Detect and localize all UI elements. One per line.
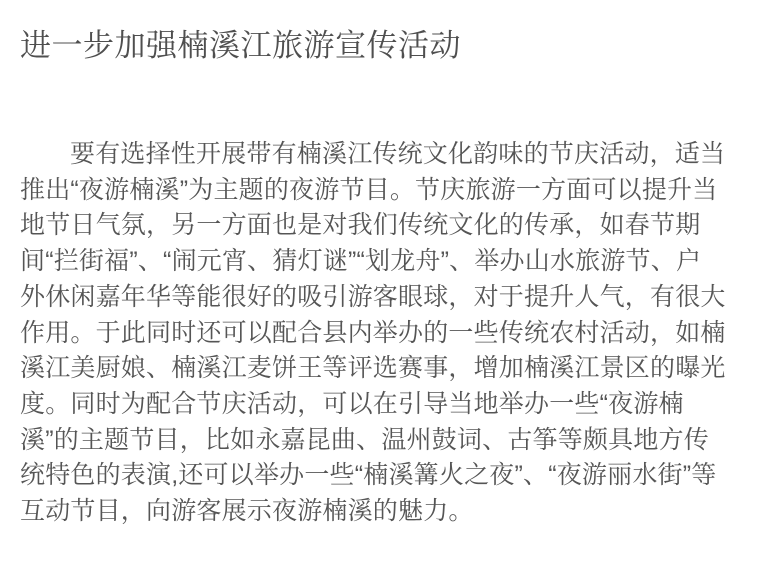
paragraph-line: 互动节目，向游客展示夜游楠溪的魅力。 (20, 494, 748, 530)
paragraph-line: 间“拦街福”、“闹元宵、猜灯谜”“划龙舟”、举办山水旅游节、户 (20, 244, 748, 280)
paragraph-line: 要有选择性开展带有楠溪江传统文化韵味的节庆活动，适当 (20, 137, 748, 173)
document-title: 进一步加强楠溪江旅游宣传活动 (20, 26, 748, 66)
paragraph-line: 推出“夜游楠溪”为主题的夜游节目。节庆旅游一方面可以提升当 (20, 173, 748, 209)
body-paragraph: 要有选择性开展带有楠溪江传统文化韵味的节庆活动，适当 推出“夜游楠溪”为主题的夜… (20, 137, 748, 530)
document-page: 进一步加强楠溪江旅游宣传活动 要有选择性开展带有楠溪江传统文化韵味的节庆活动，适… (0, 0, 768, 561)
paragraph-line: 溪”的主题节目，比如永嘉昆曲、温州鼓词、古筝等颇具地方传 (20, 423, 748, 459)
paragraph-line: 溪江美厨娘、楠溪江麦饼王等评选赛事，增加楠溪江景区的曝光 (20, 351, 748, 387)
paragraph-line: 作用。于此同时还可以配合县内举办的一些传统农村活动，如楠 (20, 316, 748, 352)
paragraph-line: 度。同时为配合节庆活动，可以在引导当地举办一些“夜游楠 (20, 387, 748, 423)
paragraph-line: 外休闲嘉年华等能很好的吸引游客眼球，对于提升人气，有很大 (20, 280, 748, 316)
paragraph-line: 地节日气氛，另一方面也是对我们传统文化的传承，如春节期 (20, 208, 748, 244)
paragraph-line: 统特色的表演,还可以举办一些“楠溪篝火之夜”、“夜游丽水街”等 (20, 458, 748, 494)
